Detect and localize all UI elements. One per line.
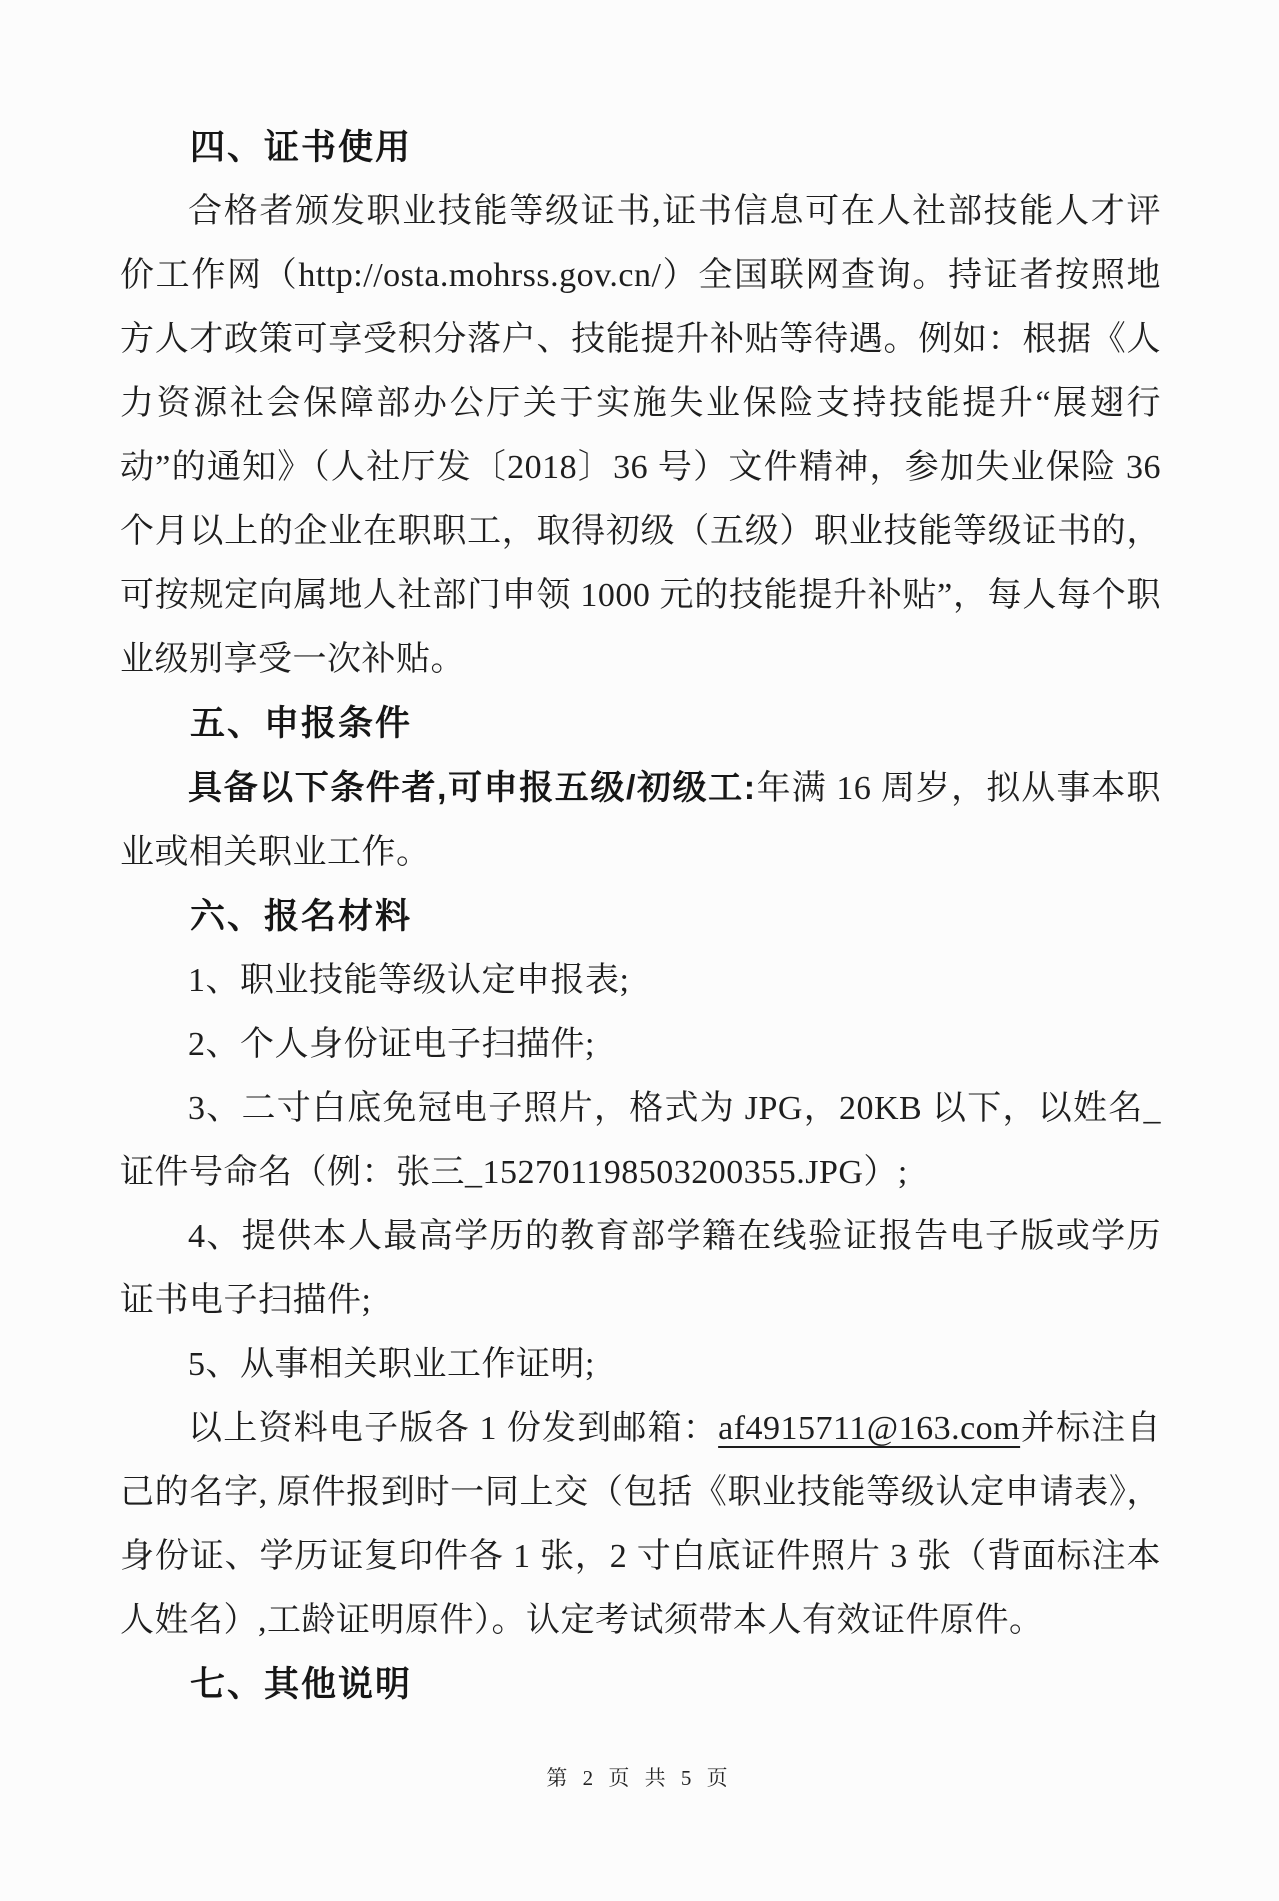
list-item-id-scan: 2、个人身份证电子扫描件; (120, 1013, 1161, 1077)
list-item-declaration-form: 1、职业技能等级认定申报表; (120, 949, 1161, 1013)
paragraph-certificate-use: 合格者颁发职业技能等级证书,证书信息可在人社部技能人才评价工作网（http://… (120, 180, 1161, 692)
section-heading-other-notes: 七、其他说明 (120, 1653, 1161, 1717)
page-number: 第 2 页 共 5 页 (0, 1762, 1279, 1794)
section-heading-certificate-use: 四、证书使用 (120, 116, 1161, 180)
section-heading-application-conditions: 五、申报条件 (120, 692, 1161, 756)
application-conditions-bold-run: 具备以下条件者,可申报五级/初级工: (188, 769, 756, 807)
paragraph-application-conditions: 具备以下条件者,可申报五级/初级工:年满 16 周岁，拟从事本职业或相关职业工作… (120, 756, 1161, 885)
paragraph-submission-instructions: 以上资料电子版各 1 份发到邮箱：af4915711@163.com并标注自己的… (120, 1397, 1161, 1653)
document-page: 四、证书使用 合格者颁发职业技能等级证书,证书信息可在人社部技能人才评价工作网（… (0, 0, 1279, 1901)
list-item-photo: 3、二寸白底免冠电子照片，格式为 JPG，20KB 以下，以姓名_证件号命名（例… (120, 1077, 1161, 1205)
list-item-education-proof: 4、提供本人最高学历的教育部学籍在线验证报告电子版或学历证书电子扫描件; (120, 1205, 1161, 1333)
section-heading-registration-materials: 六、报名材料 (120, 885, 1161, 949)
submission-text-pre: 以上资料电子版各 1 份发到邮箱： (188, 1410, 718, 1447)
list-item-work-proof: 5、从事相关职业工作证明; (120, 1333, 1161, 1397)
email-address: af4915711@163.com (718, 1410, 1020, 1447)
